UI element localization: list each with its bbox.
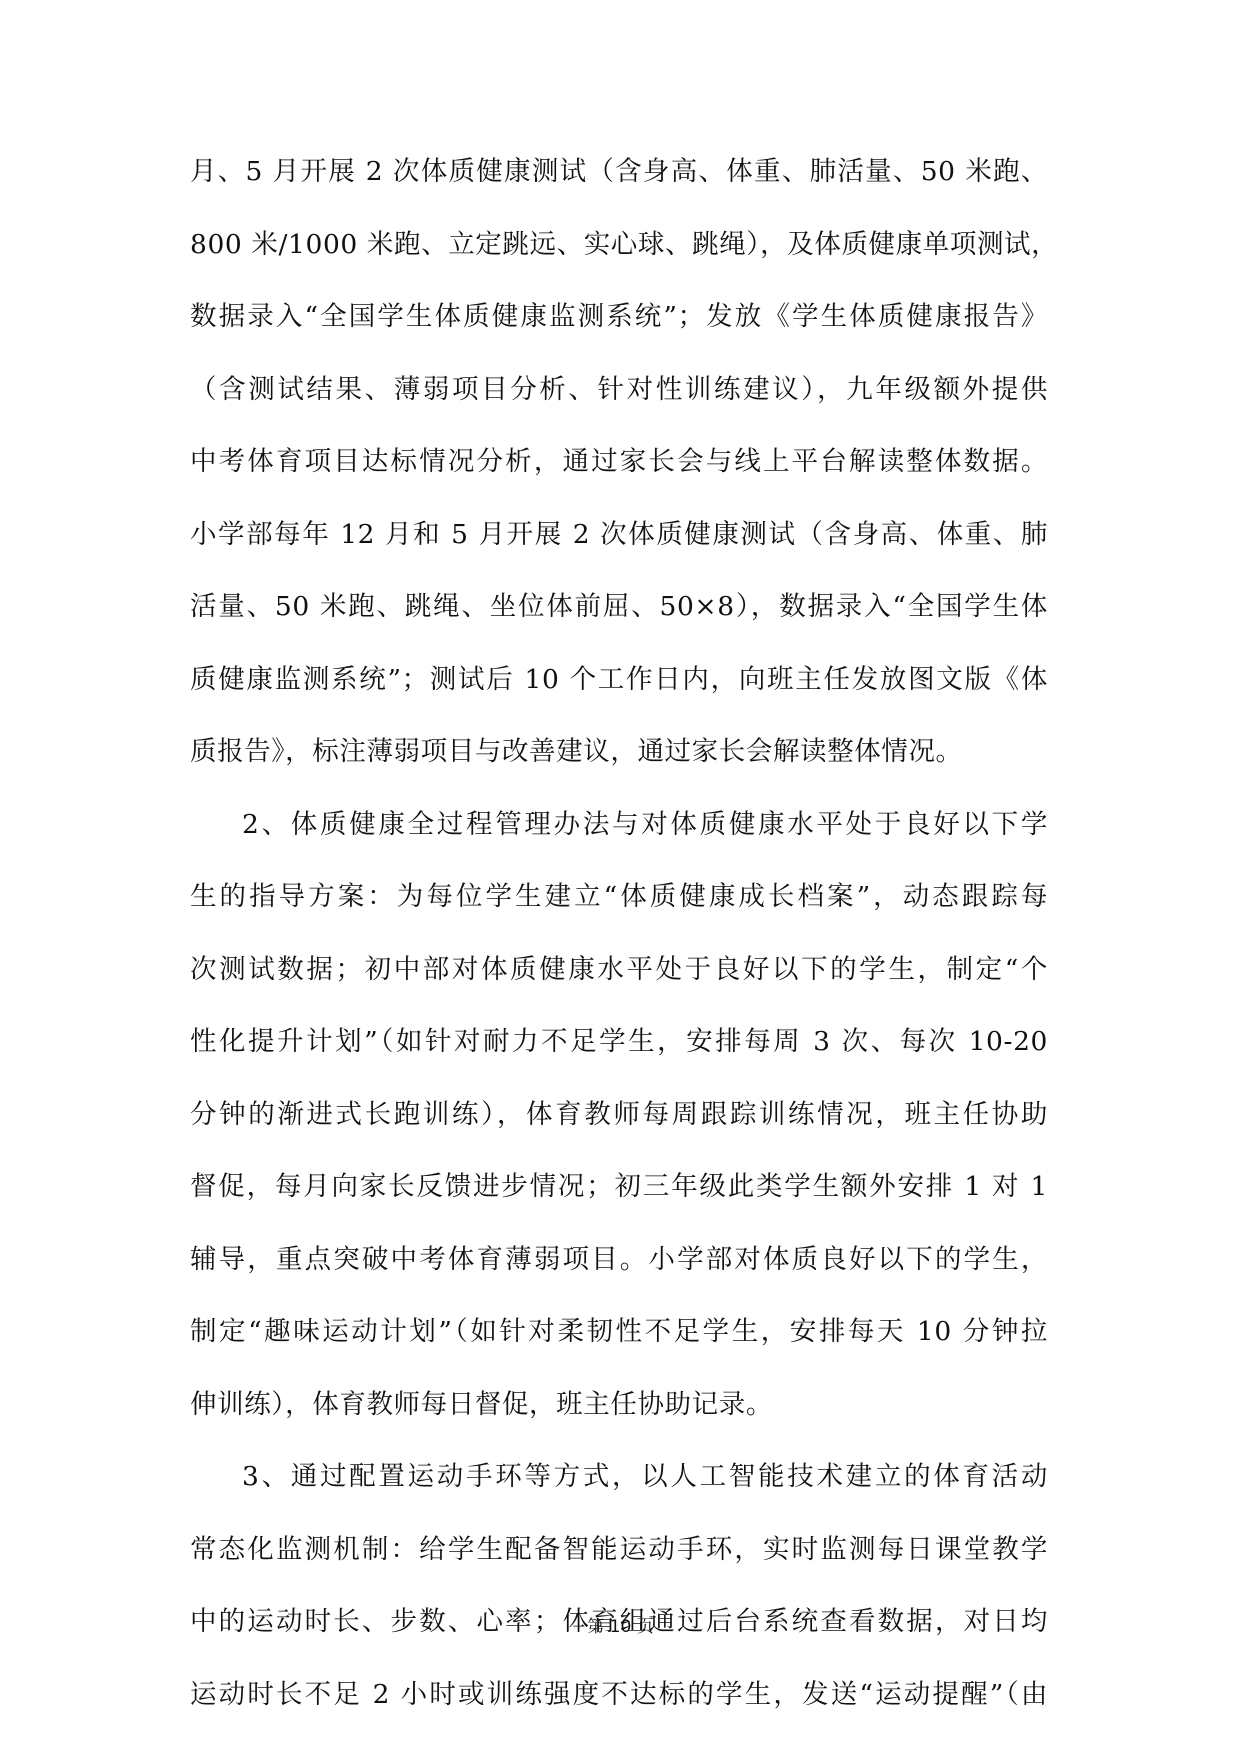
text-line: 督促，每月向家长反馈进步情况；初三年级此类学生额外安排 1 对 1 <box>190 1151 1048 1224</box>
text-line: 数据录入“全国学生体质健康监测系统”；发放《学生体质健康报告》 <box>190 281 1048 354</box>
text-line: 运动时长不足 2 小时或训练强度不达标的学生，发送“运动提醒”（由 <box>190 1659 1048 1732</box>
text-line: 性化提升计划”（如针对耐力不足学生，安排每周 3 次、每次 10-20 <box>190 1006 1048 1079</box>
text-line: 制定“趣味运动计划”（如针对柔韧性不足学生，安排每天 10 分钟拉 <box>190 1296 1048 1369</box>
text-line: 次测试数据；初中部对体质健康水平处于良好以下的学生，制定“个 <box>190 934 1048 1007</box>
text-line: 常态化监测机制：给学生配备智能运动手环，实时监测每日课堂教学 <box>190 1514 1048 1587</box>
text-line: 分钟的渐进式长跑训练），体育教师每周跟踪训练情况，班主任协助 <box>190 1079 1048 1152</box>
text-line: 中考体育项目达标情况分析，通过家长会与线上平台解读整体数据。 <box>190 426 1048 499</box>
document-page: 月、5 月开展 2 次体质健康测试（含身高、体重、肺活量、50 米跑、 800 … <box>0 0 1241 1754</box>
text-line: 800 米/1000 米跑、立定跳远、实心球、跳绳），及体质健康单项测试， <box>190 209 1048 282</box>
text-line: （含测试结果、薄弱项目分析、针对性训练建议），九年级额外提供 <box>190 354 1048 427</box>
document-body: 月、5 月开展 2 次体质健康测试（含身高、体重、肺活量、50 米跑、 800 … <box>190 136 1048 1731</box>
text-line: 质健康监测系统”；测试后 10 个工作日内，向班主任发放图文版《体 <box>190 644 1048 717</box>
text-line: 生的指导方案：为每位学生建立“体质健康成长档案”，动态跟踪每 <box>190 861 1048 934</box>
paragraph-monitoring: 3、通过配置运动手环等方式，以人工智能技术建立的体育活动 常态化监测机制：给学生… <box>190 1441 1048 1731</box>
paragraph-management: 2、体质健康全过程管理办法与对体质健康水平处于良好以下学 生的指导方案：为每位学… <box>190 789 1048 1442</box>
text-line: 小学部每年 12 月和 5 月开展 2 次体质健康测试（含身高、体重、肺 <box>190 499 1048 572</box>
text-line: 月、5 月开展 2 次体质健康测试（含身高、体重、肺活量、50 米跑、 <box>190 136 1048 209</box>
text-line: 活量、50 米跑、跳绳、坐位体前屈、50×8），数据录入“全国学生体 <box>190 571 1048 644</box>
text-line: 伸训练），体育教师每日督促，班主任协助记录。 <box>190 1369 1048 1442</box>
text-line: 质报告》，标注薄弱项目与改善建议，通过家长会解读整体情况。 <box>190 716 1048 789</box>
paragraph-testing: 月、5 月开展 2 次体质健康测试（含身高、体重、肺活量、50 米跑、 800 … <box>190 136 1048 789</box>
page-number-footer: 第 10 页 <box>0 1612 1241 1637</box>
text-line: 辅导，重点突破中考体育薄弱项目。小学部对体质良好以下的学生， <box>190 1224 1048 1297</box>
text-line: 2、体质健康全过程管理办法与对体质健康水平处于良好以下学 <box>190 789 1048 862</box>
text-line: 3、通过配置运动手环等方式，以人工智能技术建立的体育活动 <box>190 1441 1048 1514</box>
